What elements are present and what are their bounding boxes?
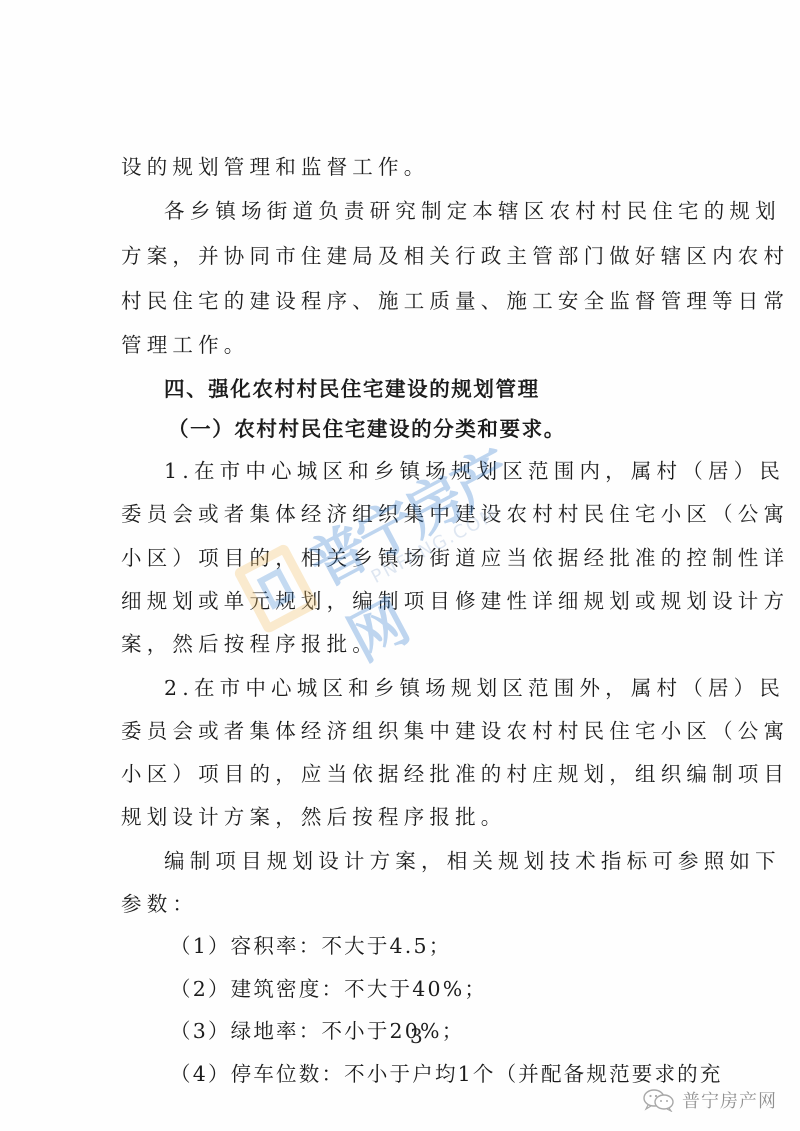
text-line: 小区）项目的，应当依据经批准的村庄规划，组织编制项目 (121, 759, 789, 789)
text-line: 细规划或单元规划，编制项目修建性详细规划或规划设计方 (121, 586, 789, 616)
section-heading: 四、强化农村村民住宅建设的规划管理 (164, 374, 540, 404)
text-line: 各乡镇场街道负责研究制定本辖区农村村民住宅的规划 (164, 196, 781, 226)
document-page: 设的规划管理和监督工作。 各乡镇场街道负责研究制定本辖区农村村民住宅的规划 方案… (0, 0, 800, 1131)
text-line: 委员会或者集体经济组织集中建设农村村民住宅小区（公寓 (121, 499, 789, 529)
wechat-icon (642, 1088, 676, 1112)
text-line: 村民住宅的建设程序、施工质量、施工安全监督管理等日常 (121, 286, 789, 316)
indicator-parking: （4）停车位数：不小于户均1个（并配备规范要求的充 (170, 1059, 723, 1089)
text-line: 设的规划管理和监督工作。 (121, 152, 429, 182)
text-line: 编制项目规划设计方案，相关规划技术指标可参照如下 (164, 846, 781, 876)
text-line: 案，然后按程序报批。 (121, 629, 378, 659)
indicator-building-density: （2）建筑密度：不大于40%； (170, 974, 487, 1004)
text-line: 1.在市中心城区和乡镇场规划区范围内，属村（居）民 (164, 456, 785, 486)
text-line: 管理工作。 (121, 330, 250, 360)
text-line: 2.在市中心城区和乡镇场规划区范围外，属村（居）民 (164, 673, 785, 703)
subsection-heading: （一）农村村民住宅建设的分类和要求。 (168, 414, 566, 444)
text-line: 方案，并协同市住建局及相关行政主管部门做好辖区内农村 (121, 241, 789, 271)
footer-brand: 普宁房产网 (642, 1086, 777, 1114)
text-line: 委员会或者集体经济组织集中建设农村村民住宅小区（公寓 (121, 716, 789, 746)
indicator-floor-area-ratio: （1）容积率：不大于4.5； (170, 931, 451, 961)
text-line: 参数： (121, 889, 198, 919)
text-line: 小区）项目的，相关乡镇场街道应当依据经批准的控制性详 (121, 543, 789, 573)
footer-brand-label: 普宁房产网 (682, 1087, 777, 1113)
page-number: 3 (410, 1024, 423, 1048)
text-line: 规划设计方案，然后按程序报批。 (121, 802, 507, 832)
